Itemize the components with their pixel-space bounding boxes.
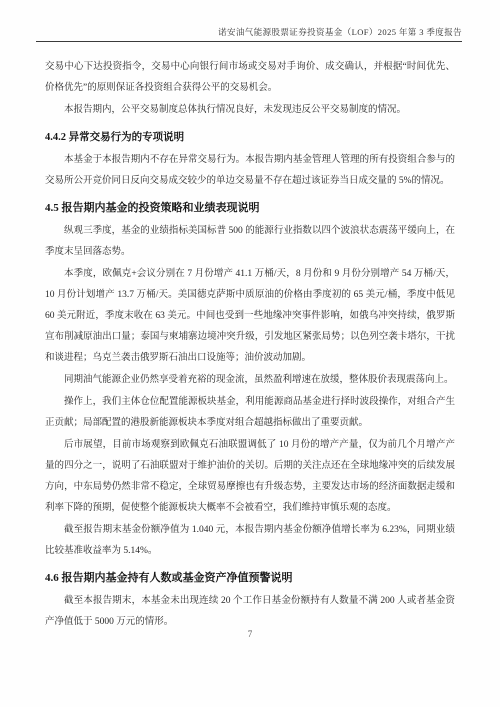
paragraph-opec-oil-price: 本季度，欧佩克+会议分别在 7 月份增产 41.1 万桶/天，8 月份和 9 月… <box>45 264 455 369</box>
paragraph-trading-instruction: 交易中心下达投资指令，交易中心向银行间市场或交易对手询价、成交确认，并根据“时间… <box>45 57 455 99</box>
page-number: 7 <box>248 629 253 639</box>
section-heading-4-6: 4.6 报告期内基金持有人数或基金资产净值预警说明 <box>45 568 455 589</box>
section-heading-4-4-2: 4.4.2 异常交易行为的专项说明 <box>45 127 455 148</box>
paragraph-cashflow: 同期油气能源企业仍然享受着充裕的现金流，虽然盈利增速在放缓，整体股价表现震荡向上… <box>45 370 455 391</box>
paragraph-abnormal-trading: 本基金于本报告期内不存在异常交易行为。本报告期内基金管理人管理的所有投资组合参与… <box>45 150 455 192</box>
paragraph-holder-warning: 截至本报告期末，本基金未出现连续 20 个工作日基金份额持有人数量不满 200 … <box>45 591 455 633</box>
paragraph-fair-trade: 本报告期内，公平交易制度总体执行情况良好，未发现违反公平交易制度的情况。 <box>45 100 455 121</box>
report-page: 诺安油气能源股票证券投资基金（LOF）2025 年第 3 季度报告 交易中心下达… <box>0 0 500 707</box>
paragraph-index-review: 纵观三季度，基金的业绩指标美国标普 500 的能源行业指数以四个波浪状态震荡平缓… <box>45 221 455 263</box>
paragraph-operations: 操作上，我们主体仓位配置能源板块基金，利用能源商品基金进行择时波段操作，对组合产… <box>45 392 455 434</box>
page-header: 诺安油气能源股票证券投资基金（LOF）2025 年第 3 季度报告 <box>0 0 500 42</box>
page-footer: 7 <box>0 629 500 639</box>
paragraph-outlook: 后市展望，目前市场观察到欧佩克石油联盟调低了 10 月份的增产产量，仅为前几个月… <box>45 435 455 519</box>
report-header-title: 诺安油气能源股票证券投资基金（LOF）2025 年第 3 季度报告 <box>36 27 462 41</box>
section-heading-4-5: 4.5 报告期内基金的投资策略和业绩表现说明 <box>45 198 455 219</box>
document-body: 交易中心下达投资指令，交易中心向银行间市场或交易对手询价、成交确认，并根据“时间… <box>0 42 500 633</box>
paragraph-nav-performance: 截至报告期末基金份额净值为 1.040 元，本报告期内基金份额净值增长率为 6.… <box>45 520 455 562</box>
